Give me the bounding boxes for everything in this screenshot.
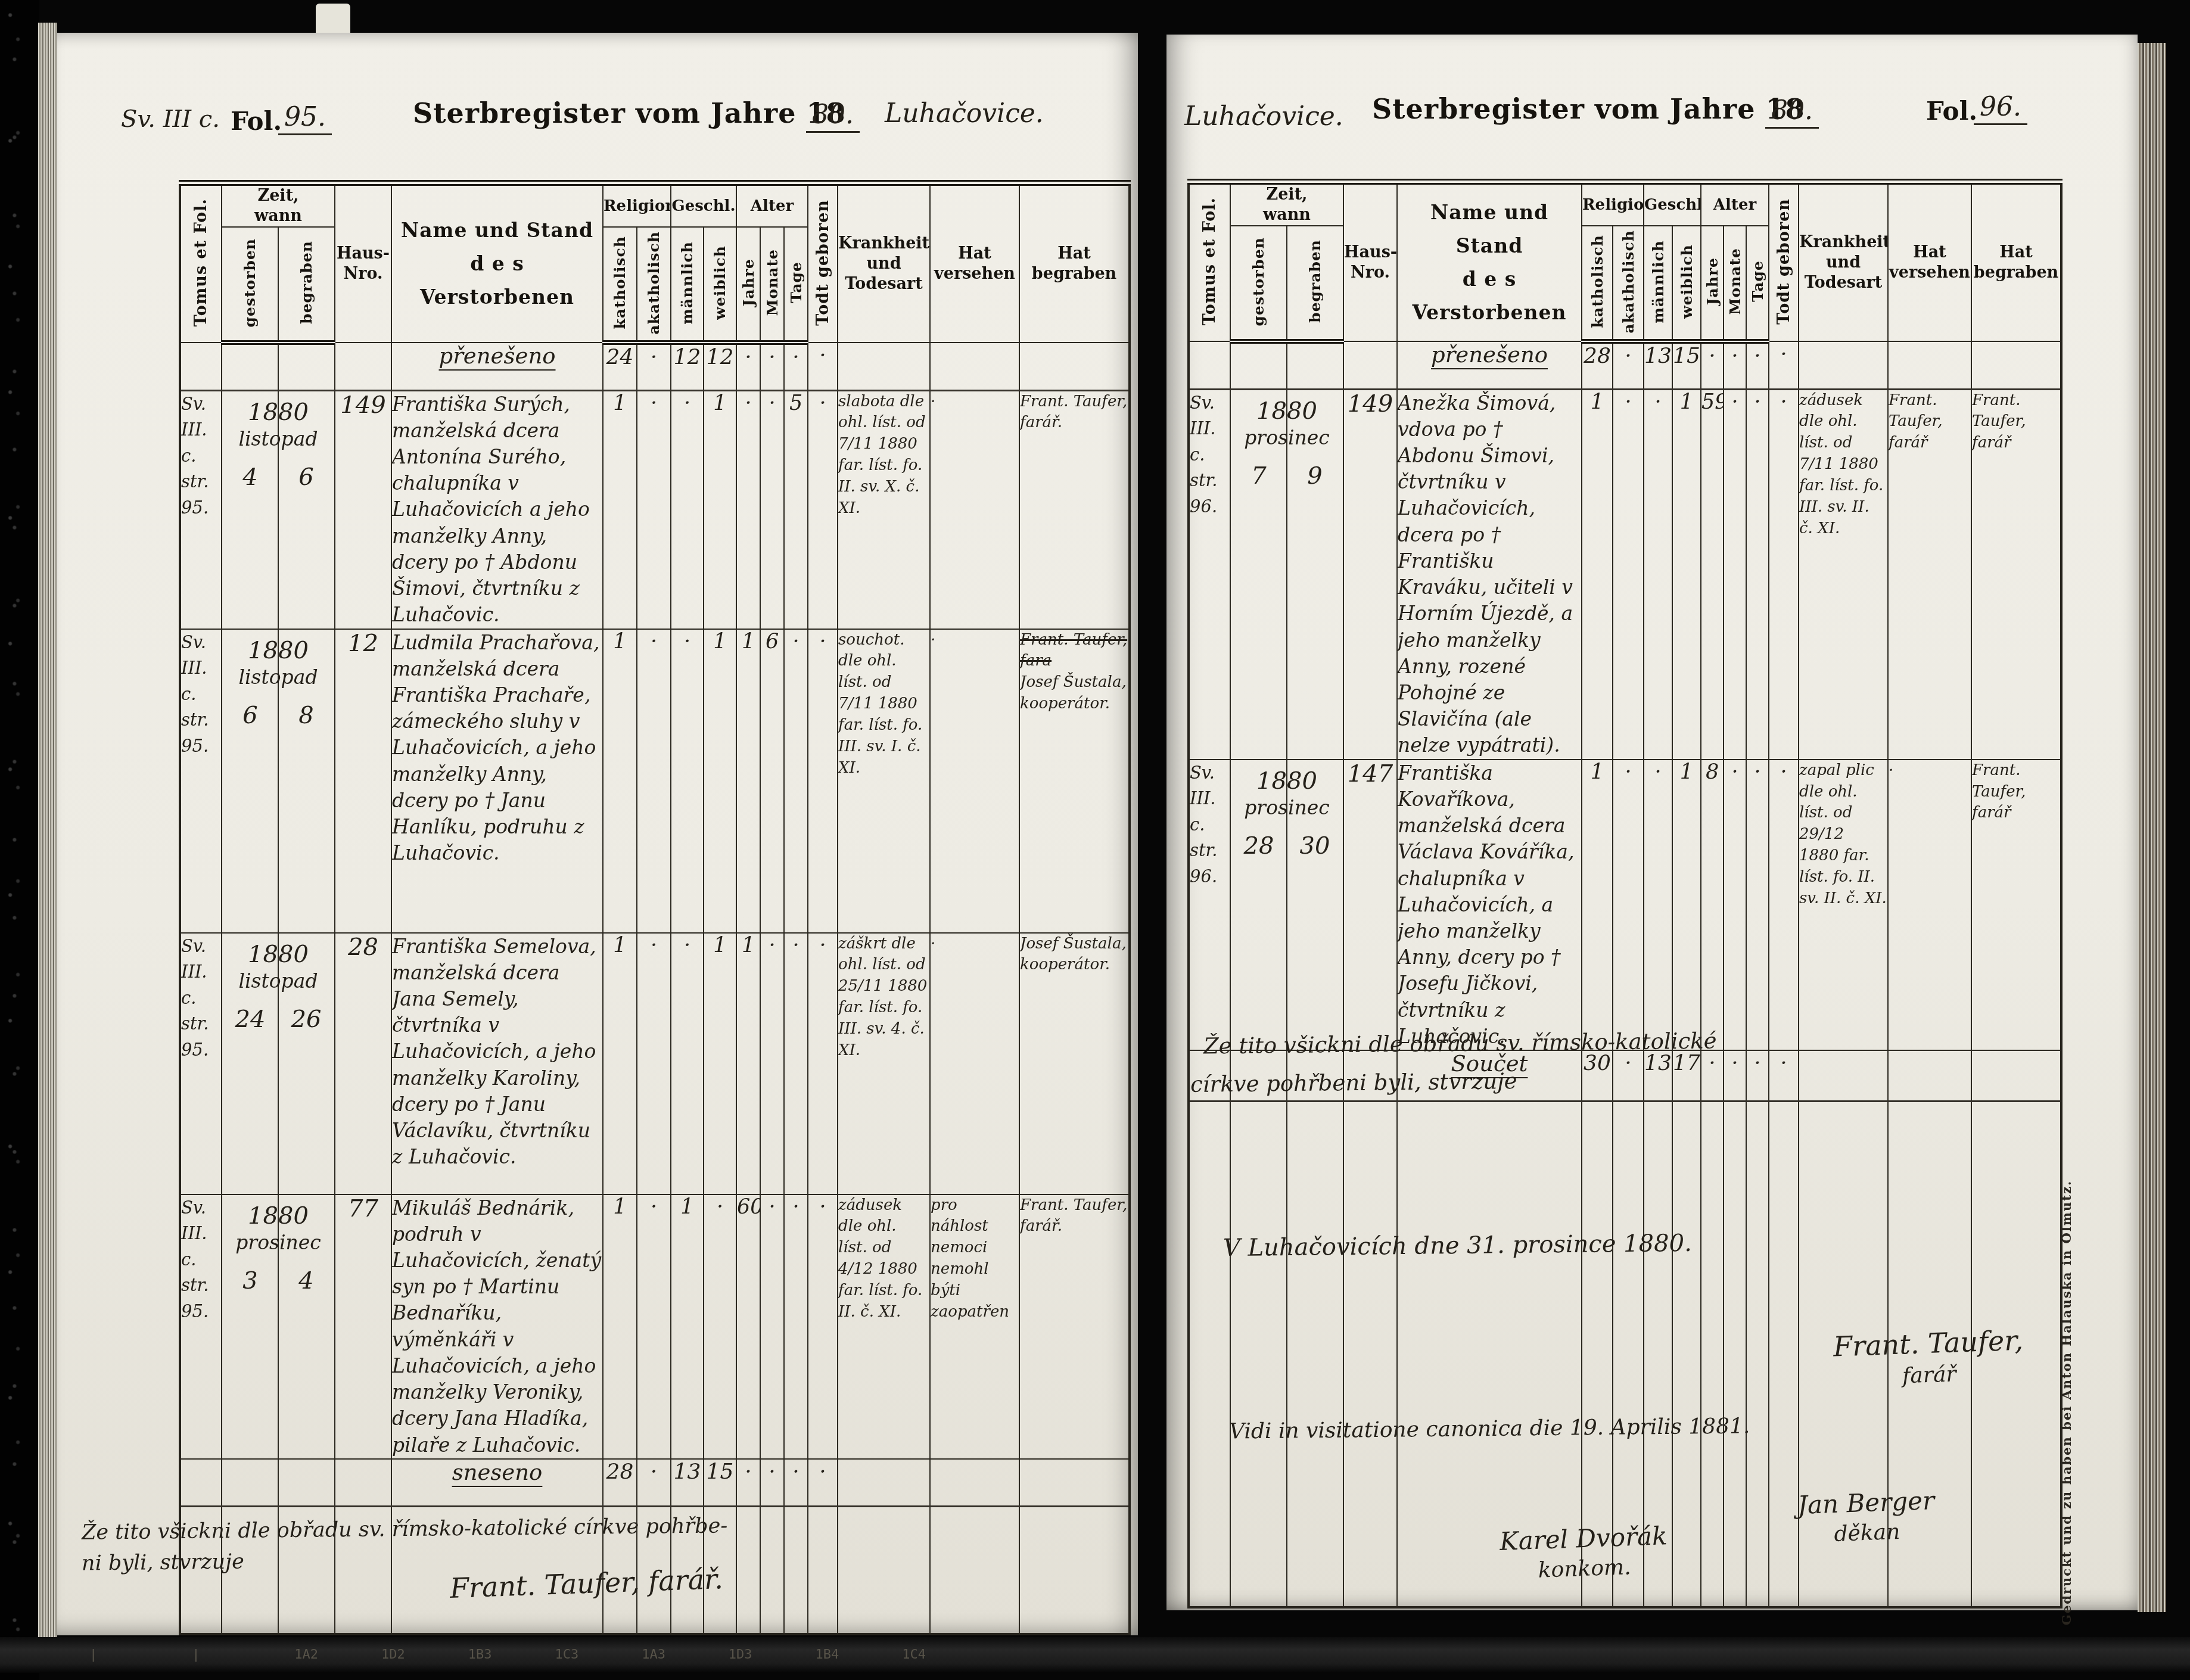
sum-label: sneseno [391,1459,603,1507]
died-day: 4 [242,463,257,491]
death-year: 1880 [222,1202,334,1230]
scanned-register-photo: { "scan": { "strip_text": "| | 1A2 1D2 1… [0,0,2190,1680]
akatholisch-label: akatholisch [645,231,662,335]
sum-akatholisch: · [637,1459,671,1507]
carry-monate: · [760,343,784,390]
tomus-margin-note: Sv. III c. [121,105,220,133]
empty-cell [1724,1101,1746,1607]
col-header-haus: Haus- Nro. [335,183,391,343]
cell-tomus: Sv. III. c. str. 96. [1189,389,1230,760]
burial-certification-line1: Že tito všickni dle obřadu sv. římsko-ka… [1203,1028,1717,1059]
priest-signature-name: Frant. Taufer, [1833,1324,2023,1362]
table-row: Sv. III. c. str. 95. 1880 prosinec 34 77… [180,1194,1130,1459]
register-page-left: Sv. III c. Fol. 95. Sterbregister vom Ja… [57,33,1138,1635]
cell-maennlich: · [671,390,704,629]
death-year: 1880 [222,399,334,426]
buried-day: 6 [298,463,313,491]
sum-monate: · [1724,1050,1746,1101]
carry-katholisch: 24 [603,343,637,390]
book-page-stack-left [38,23,57,1642]
empty-cell [838,1459,930,1507]
empty-cell [278,1459,335,1507]
visitator-left-name: Karel Dvořák [1499,1521,1668,1556]
death-register-table-left: Tomus et Fol. Zeit, wann Haus- Nro. Name… [179,180,1131,1635]
col-header-tomus: Tomus et Fol. [180,183,222,343]
sum-todtgeboren: · [808,1459,838,1507]
monate-label: Monate [764,249,781,316]
col-header-krankheit: Krankheit und Todesart [838,183,930,343]
col-header-hat-begraben: Hat begraben [1971,182,2061,341]
cell-begraben: Frant. Taufer, farář [1971,389,2061,760]
priest-signature: Frant. Taufer, farář [1833,1324,2024,1390]
cell-todtgeboren: · [1769,760,1799,1050]
empty-cell [1287,1101,1343,1607]
empty-cell [180,1459,222,1507]
cell-name-and-stand: Mikuláš Bednárik, podruh v Luhačovicích,… [391,1194,603,1459]
cell-begraben: Frant. Taufer, farář. [1019,1194,1130,1459]
col-header-religion: Religion [603,183,671,227]
cell-name-and-stand: Ludmila Prachařova, manželská dcera Fran… [391,629,603,933]
sum-monate: · [760,1459,784,1507]
empty-cell [1287,341,1343,389]
carry-label: přenešeno [1397,341,1582,389]
empty-cell [1230,341,1287,389]
cell-tage: 5 [784,390,808,629]
jahre-label: Jahre [1704,257,1721,305]
carry-weiblich: 15 [1672,341,1701,389]
cell-todtgeboren: · [808,629,838,933]
cell-date: 1880 listopad 46 [222,390,335,629]
tage-label: Tage [788,262,805,303]
death-register-table-right: Tomus et Fol. Zeit, wann Haus- Nro. Name… [1187,179,2063,1609]
died-day: 24 [235,1006,266,1033]
cell-tage: · [1746,389,1769,760]
col-header-weiblich: weiblich [704,227,736,343]
col-header-todtgeboren: Todt geboren [808,183,838,343]
empty-cell [1672,1101,1701,1607]
col-header-gestorben: gestorben [222,227,278,343]
carry-tage: · [784,343,808,390]
folio-label-right: Fol. [1926,97,1977,126]
cell-tage: · [1746,760,1769,1050]
cell-maennlich: · [671,629,704,933]
cell-krankheit: souchot. dle ohl. líst. od 7/11 1880 far… [838,629,930,933]
empty-cell [335,343,391,390]
cell-house-number: 77 [335,1194,391,1459]
cell-katholisch: 1 [603,390,637,629]
carry-forward-row: přenešeno 28 · 13 15 · · · · [1189,341,2061,389]
todtgeboren-label: Todt geboren [1775,198,1793,325]
cell-name-and-stand: Františka Surých, manželská dcera Antoní… [391,390,603,629]
cell-date: 1880 listopad 68 [222,629,335,933]
col-header-jahre: Jahre [736,227,760,343]
folio-number-left: 95. [278,102,332,135]
akatholisch-label: akatholisch [1620,230,1637,334]
cell-akatholisch: · [1613,389,1644,760]
sum-row: sneseno 28 · 13 15 · · · · [180,1459,1130,1507]
sum-katholisch: 30 [1582,1050,1613,1101]
empty-cell [1343,341,1397,389]
calibration-marks: | | 1A2 1D2 1B3 1C3 1A3 1D3 1B4 1C4 [0,1637,926,1673]
col-header-name: Name und Stand d e s Verstorbenen [391,183,603,343]
col-header-akatholisch: akatholisch [637,227,671,343]
empty-cell [736,1507,760,1634]
cell-krankheit: záškrt dle ohl. líst. od 25/11 1880 far.… [838,933,930,1194]
buried-day: 9 [1307,462,1322,490]
empty-cell [1343,1101,1397,1607]
empty-cell [1701,1101,1724,1607]
table-row: Sv. III. c. str. 96. 1880 prosinec 79 14… [1189,389,2061,760]
empty-cell [1769,1101,1799,1607]
folio-label-left: Fol. [231,107,282,136]
cell-monate: · [760,933,784,1194]
cell-jahre: · [736,390,760,629]
sum-tage: · [784,1459,808,1507]
cell-versehen: · [930,629,1019,933]
col-header-tomus: Tomus et Fol. [1189,182,1230,341]
cell-versehen: · [930,933,1019,1194]
col-header-hat-versehen: Hat versehen [930,183,1019,343]
cell-begraben: Frant. Taufer, fara Josef Šustala, koope… [1019,629,1130,933]
bookmark-tab [316,4,350,35]
col-header-alter: Alter [1701,182,1769,226]
col-header-tage: Tage [784,227,808,343]
begraben-label: begraben [1306,239,1324,323]
calibration-strip: | | 1A2 1D2 1B3 1C3 1A3 1D3 1B4 1C4 [0,1637,2190,1673]
burial-certification-line2: ni byli, stvrzuje [82,1550,244,1576]
empty-cell [1888,1050,1971,1101]
table-row: Sv. III. c. str. 95. 1880 listopad 46 14… [180,390,1130,629]
cell-versehen: · [1888,760,1971,1050]
empty-cell [1888,341,1971,389]
col-header-zeit: Zeit, wann [222,183,335,227]
place-name-right: Luhačovice. [1184,101,1343,132]
empty-cell [1971,1050,2061,1101]
col-header-name: Name und Stand d e s Verstorbenen [1397,182,1582,341]
burial-certification-line2: církve pohřbeni byli, stvrzuje [1190,1068,1517,1097]
sum-weiblich: 17 [1672,1050,1701,1101]
col-header-gestorben: gestorben [1230,226,1287,342]
cell-krankheit: zádusek dle ohl. líst. od 4/12 1880 far.… [838,1194,930,1459]
cell-todtgeboren: · [808,933,838,1194]
cell-maennlich: · [1644,389,1672,760]
film-edge-left [0,0,39,1680]
cell-jahre: 1 [736,933,760,1194]
sum-maennlich: 13 [671,1459,704,1507]
cell-monate: 6 [760,629,784,933]
cell-tage: · [784,629,808,933]
cell-weiblich: 1 [704,629,736,933]
cell-weiblich: 1 [704,933,736,1194]
cell-begraben: Josef Šustala, kooperátor. [1019,933,1130,1194]
carry-weiblich: 12 [704,343,736,390]
place-name-left: Luhačovice. [885,98,1044,129]
empty-cell [838,1507,930,1634]
cell-akatholisch: · [637,1194,671,1459]
cell-monate: · [1724,760,1746,1050]
empty-cell [180,343,222,390]
col-header-katholisch: katholisch [1582,226,1613,342]
todtgeboren-label: Todt geboren [814,200,832,326]
col-header-religion: Religion [1582,182,1644,226]
carry-monate: · [1724,341,1746,389]
col-header-katholisch: katholisch [603,227,637,343]
cell-tage: · [784,933,808,1194]
carry-akatholisch: · [637,343,671,390]
empty-cell [1189,341,1230,389]
cell-date: 1880 prosinec 2830 [1230,760,1343,1050]
monate-label: Monate [1727,248,1744,315]
carry-jahre: · [736,343,760,390]
table-row: Sv. III. c. str. 96. 1880 prosinec 2830 … [1189,760,2061,1050]
cell-weiblich: 1 [1672,760,1701,1050]
cell-jahre: 1 [736,629,760,933]
cell-weiblich: 1 [1672,389,1701,760]
table-row: Sv. III. c. str. 95. 1880 listopad 2426 … [180,933,1130,1194]
cell-begraben: Frant. Taufer, farář [1971,760,2061,1050]
cell-akatholisch: · [1613,760,1644,1050]
tage-label: Tage [1749,260,1766,302]
gestorben-label: gestorben [241,238,259,327]
cell-tomus: Sv. III. c. str. 96. [1189,760,1230,1050]
tomus-header-label: Tomus et Fol. [192,198,210,326]
cell-begraben: Frant. Taufer, farář. [1019,390,1130,629]
col-header-maennlich: männlich [671,227,704,343]
empty-cell [1019,1507,1130,1634]
death-month: listopad [222,427,334,450]
col-header-geschl: Geschl. [671,183,736,227]
weiblich-label: weiblich [1678,244,1696,319]
sum-jahre: · [736,1459,760,1507]
cell-name-and-stand: Anežka Šimová, vdova po † Abdonu Šimovi,… [1397,389,1582,760]
sum-katholisch: 28 [603,1459,637,1507]
death-month: listopad [222,969,334,993]
died-day: 6 [242,702,257,729]
death-month: prosinec [1231,426,1343,449]
empty-cell [1746,1101,1769,1607]
cell-katholisch: 1 [603,629,637,933]
cell-versehen: · [930,390,1019,629]
cell-house-number: 28 [335,933,391,1194]
died-day: 7 [1251,462,1266,490]
empty-cell [1189,1101,1230,1607]
empty-cell [1019,1459,1130,1507]
sum-akatholisch: · [1613,1050,1644,1101]
cell-krankheit: zapal plic dle ohl. líst. od 29/12 1880 … [1799,760,1888,1050]
empty-cell [278,343,335,390]
cell-house-number: 149 [335,390,391,629]
cell-monate: · [1724,389,1746,760]
empty-cell [1799,1050,1888,1101]
jahre-label: Jahre [740,259,757,306]
empty-cell [930,343,1019,390]
col-header-hat-versehen: Hat versehen [1888,182,1971,341]
cell-house-number: 12 [335,629,391,933]
cell-versehen: Frant. Taufer, farář [1888,389,1971,760]
empty-cell [222,1459,278,1507]
page-title-left: Sterbregister vom Jahre 18 [413,97,846,129]
cell-weiblich: · [704,1194,736,1459]
empty-cell [930,1507,1019,1634]
col-header-zeit: Zeit, wann [1230,182,1343,226]
col-header-alter: Alter [736,183,808,227]
page-title-right: Sterbregister vom Jahre 18 [1372,93,1805,125]
carry-maennlich: 12 [671,343,704,390]
carry-todtgeboren: · [808,343,838,390]
cell-tage: · [784,1194,808,1459]
cell-tomus: Sv. III. c. str. 95. [180,390,222,629]
place-date-line: V Luhačovicích dne 31. prosince 1880. [1223,1230,1692,1262]
cell-krankheit: slabota dle ohl. líst. od 7/11 1880 far.… [838,390,930,629]
col-header-weiblich: weiblich [1672,226,1701,342]
cell-todtgeboren: · [808,390,838,629]
cell-akatholisch: · [637,629,671,933]
empty-cell [1799,341,1888,389]
cell-todtgeboren: · [1769,389,1799,760]
cell-todtgeboren: · [808,1194,838,1459]
cell-monate: · [760,1194,784,1459]
register-page-right: Luhačovice. Sterbregister vom Jahre 18 8… [1166,35,2138,1610]
carry-tage: · [1746,341,1769,389]
col-header-begraben: begraben [1287,226,1343,342]
empty-cell [808,1507,838,1634]
cell-katholisch: 1 [1582,760,1613,1050]
cell-katholisch: 1 [603,1194,637,1459]
empty-cell [1019,343,1130,390]
cell-name-and-stand: Františka Kovaříkova, manželská dcera Vá… [1397,760,1582,1050]
page-title-year-right: 80. [1765,95,1819,129]
empty-cell [838,343,930,390]
carry-forward-row: přenešeno 24 · 12 12 · · · · [180,343,1130,390]
cell-versehen: pro náhlost nemoci nemohl býti zaopatřen [930,1194,1019,1459]
cell-date: 1880 prosinec 79 [1230,389,1343,760]
carry-akatholisch: · [1613,341,1644,389]
sum-weiblich: 15 [704,1459,736,1507]
empty-cell [335,1459,391,1507]
death-month: listopad [222,665,334,689]
page-title-year-left: 80. [806,99,860,133]
cell-monate: · [760,390,784,629]
carry-maennlich: 13 [1644,341,1672,389]
empty-cell [1971,341,2061,389]
table-row: Sv. III. c. str. 95. 1880 listopad 68 12… [180,629,1130,933]
visitator-right-role: děkan [1798,1519,1936,1548]
visitator-signature-right: Jan Berger děkan [1797,1486,1936,1548]
died-day: 28 [1244,832,1274,860]
death-year: 1880 [222,941,334,968]
died-day: 3 [242,1267,257,1295]
col-header-jahre: Jahre [1701,226,1724,342]
cell-tomus: Sv. III. c. str. 95. [180,1194,222,1459]
cell-jahre: 60 [736,1194,760,1459]
death-year: 1880 [1231,767,1343,795]
col-header-hat-begraben: Hat begraben [1019,183,1130,343]
carry-jahre: · [1701,341,1724,389]
death-month: prosinec [222,1231,334,1254]
buried-day: 30 [1300,832,1330,860]
empty-cell [1230,1101,1287,1607]
col-header-akatholisch: akatholisch [1613,226,1644,342]
cell-jahre: 59 [1701,389,1724,760]
katholisch-label: katholisch [1589,235,1606,328]
death-year: 1880 [1231,397,1343,425]
printer-imprint: Gedruckt und zu haben bei Anton Halauska… [2059,1089,2074,1625]
visitator-signature-left: Karel Dvořák konkom. [1499,1521,1669,1584]
cell-tomus: Sv. III. c. str. 95. [180,933,222,1194]
col-header-geschl: Geschl. [1644,182,1701,226]
folio-number-right: 96. [1974,92,2027,125]
sum-jahre: · [1701,1050,1724,1101]
col-header-monate: Monate [1724,226,1746,342]
maennlich-label: männlich [1650,240,1667,323]
katholisch-label: katholisch [611,236,629,329]
sum-tage: · [1746,1050,1769,1101]
col-header-haus: Haus- Nro. [1343,182,1397,341]
cell-maennlich: · [671,933,704,1194]
death-month: prosinec [1231,796,1343,819]
cell-katholisch: 1 [1582,389,1613,760]
col-header-krankheit: Krankheit und Todesart [1799,182,1888,341]
cell-akatholisch: · [637,933,671,1194]
buried-day: 8 [298,702,313,729]
cell-house-number: 149 [1343,389,1397,760]
buried-day: 26 [291,1006,322,1033]
cell-katholisch: 1 [603,933,637,1194]
empty-cell [784,1507,808,1634]
cell-akatholisch: · [637,390,671,629]
cell-maennlich: · [1644,760,1672,1050]
sum-maennlich: 13 [1644,1050,1672,1101]
struck-burier-name: Frant. Taufer, fara [1020,630,1128,673]
gestorben-label: gestorben [1250,237,1267,326]
cell-jahre: 8 [1701,760,1724,1050]
death-year: 1880 [222,637,334,664]
weiblich-label: weiblich [711,245,729,320]
carry-katholisch: 28 [1582,341,1613,389]
sum-todtgeboren: · [1769,1050,1799,1101]
col-header-monate: Monate [760,227,784,343]
cell-date: 1880 prosinec 34 [222,1194,335,1459]
carry-label: přenešeno [391,343,603,390]
cell-name-and-stand: Františka Semelova, manželská dcera Jana… [391,933,603,1194]
burier-name: Josef Šustala, kooperátor. [1020,672,1128,715]
tomus-header-label: Tomus et Fol. [1200,197,1219,325]
empty-cell [930,1459,1019,1507]
maennlich-label: männlich [679,241,696,324]
cell-date: 1880 listopad 2426 [222,933,335,1194]
col-header-todtgeboren: Todt geboren [1769,182,1799,341]
cell-weiblich: 1 [704,390,736,629]
cell-tomus: Sv. III. c. str. 95. [180,629,222,933]
carry-todtgeboren: · [1769,341,1799,389]
col-header-begraben: begraben [278,227,335,343]
book-page-stack-right [2138,43,2166,1612]
buried-day: 4 [298,1267,313,1295]
begraben-label: begraben [298,241,315,324]
visitator-right-name: Jan Berger [1797,1486,1934,1520]
col-header-maennlich: männlich [1644,226,1672,342]
cell-house-number: 147 [1343,760,1397,1050]
cell-maennlich: 1 [671,1194,704,1459]
empty-cell [222,343,278,390]
col-header-tage: Tage [1746,226,1769,342]
cell-krankheit: zádusek dle ohl. líst. od 7/11 1880 far.… [1799,389,1888,760]
empty-cell [760,1507,784,1634]
